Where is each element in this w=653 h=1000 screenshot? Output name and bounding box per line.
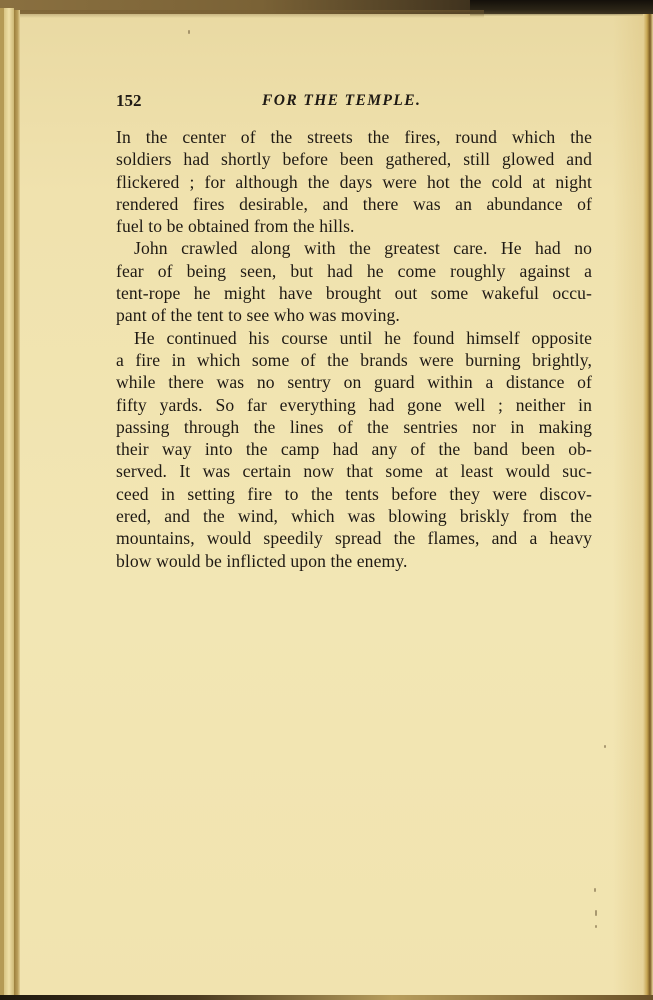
- text-line: tent-rope he might have brought out some…: [116, 282, 592, 304]
- text-line: fifty yards. So far everything had gone …: [116, 394, 592, 416]
- text-line: a fire in which some of the brands were …: [116, 349, 592, 371]
- paper-speck: [594, 888, 596, 892]
- text-line: pant of the tent to see who was moving.: [116, 304, 592, 326]
- page-number: 152: [116, 88, 142, 114]
- text-line: blow would be inflicted upon the enemy.: [116, 550, 592, 572]
- text-line: fear of being seen, but had he come roug…: [116, 260, 592, 282]
- left-page-stack: [4, 8, 14, 1000]
- paragraph-1: In the center of the streets the fires, …: [116, 126, 592, 237]
- paragraph-2: John crawled along with the greatest car…: [116, 237, 592, 326]
- left-gutter-line: [14, 10, 20, 995]
- bottom-shadow: [0, 995, 653, 1000]
- running-head: 152 FOR THE TEMPLE.: [116, 88, 592, 114]
- text-line: their way into the camp had any of the b…: [116, 438, 592, 460]
- paper-speck: [604, 745, 606, 748]
- book-page: 152 FOR THE TEMPLE. In the center of the…: [116, 88, 592, 572]
- text-line: served. It was certain now that some at …: [116, 460, 592, 482]
- text-line: flickered ; for although the days were h…: [116, 171, 592, 193]
- paragraph-3: He continued his course until he found h…: [116, 327, 592, 572]
- text-line: while there was no sentry on guard withi…: [116, 371, 592, 393]
- right-page-edge: [643, 14, 653, 1000]
- right-shade: [613, 14, 643, 1000]
- text-line: In the center of the streets the fires, …: [116, 126, 592, 148]
- text-line: soldiers had shortly before been gathere…: [116, 148, 592, 170]
- top-shadow-fade: [14, 10, 484, 18]
- paper-speck: [595, 925, 597, 928]
- text-line: fuel to be obtained from the hills.: [116, 215, 592, 237]
- running-title: FOR THE TEMPLE.: [262, 88, 421, 114]
- body-text: In the center of the streets the fires, …: [116, 126, 592, 572]
- text-line: He continued his course until he found h…: [116, 327, 592, 349]
- text-line: ceed in setting fire to the tents before…: [116, 483, 592, 505]
- paper-speck: [595, 910, 597, 916]
- text-line: rendered fires desirable, and there was …: [116, 193, 592, 215]
- text-line: John crawled along with the greatest car…: [116, 237, 592, 259]
- text-line: passing through the lines of the sentrie…: [116, 416, 592, 438]
- text-line: ered, and the wind, which was blowing br…: [116, 505, 592, 527]
- text-line: mountains, would speedily spread the fla…: [116, 527, 592, 549]
- paper-speck: [188, 30, 190, 34]
